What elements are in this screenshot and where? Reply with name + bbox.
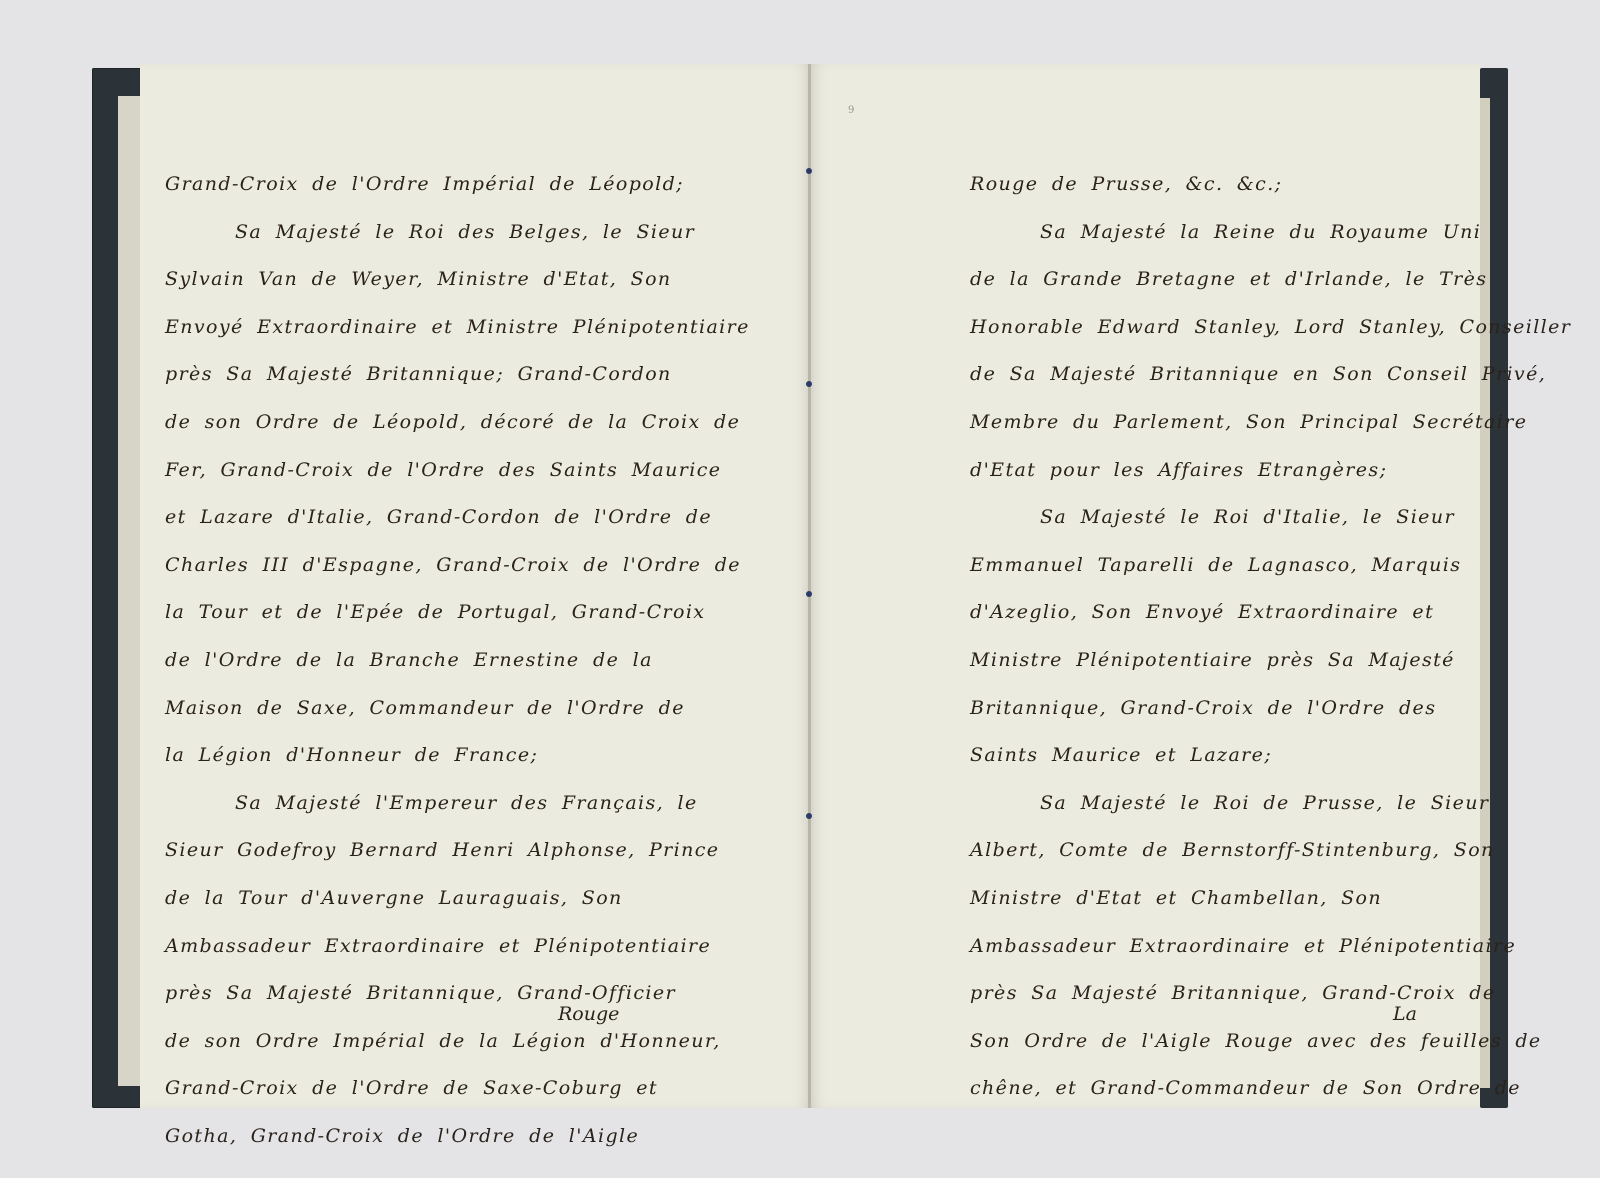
manuscript-line: Gotha, Grand-Croix de l'Ordre de l'Aigle — [165, 1117, 645, 1165]
folio-mark: 9 — [848, 105, 854, 116]
manuscript-line: Sa Majesté le Roi des Belges, le Sieur — [165, 213, 645, 261]
manuscript-line: Albert, Comte de Bernstorff-Stintenburg,… — [970, 831, 1450, 879]
binding-stitch — [806, 168, 812, 174]
catchword-right: La — [1393, 1003, 1417, 1025]
manuscript-line: Sieur Godefroy Bernard Henri Alphonse, P… — [165, 831, 645, 879]
binding-stitch — [806, 813, 812, 819]
manuscript-line: Ministre Plénipotentiaire près Sa Majest… — [970, 641, 1450, 689]
manuscript-line: Fer, Grand-Croix de l'Ordre des Saints M… — [165, 451, 645, 499]
manuscript-line: Ministre d'Etat et Chambellan, Son — [970, 879, 1450, 927]
manuscript-line: Sylvain Van de Weyer, Ministre d'Etat, S… — [165, 260, 645, 308]
manuscript-line: de l'Ordre de la Branche Ernestine de la — [165, 641, 645, 689]
manuscript-line: Sa Majesté le Roi de Prusse, le Sieur — [970, 784, 1450, 832]
right-page-text: Rouge de Prusse, &c. &c.;Sa Majesté la R… — [970, 165, 1450, 1117]
manuscript-line: Sa Majesté la Reine du Royaume Uni — [970, 213, 1450, 261]
manuscript-line: Maison de Saxe, Commandeur de l'Ordre de — [165, 689, 645, 737]
manuscript-line: d'Etat pour les Affaires Etrangères; — [970, 451, 1450, 499]
manuscript-line: Sa Majesté le Roi d'Italie, le Sieur — [970, 498, 1450, 546]
manuscript-line: Membre du Parlement, Son Principal Secré… — [970, 403, 1450, 451]
manuscript-line: et Lazare d'Italie, Grand-Cordon de l'Or… — [165, 498, 645, 546]
manuscript-line: près Sa Majesté Britannique; Grand-Cordo… — [165, 355, 645, 403]
binding-stitch — [806, 381, 812, 387]
manuscript-line: Saints Maurice et Lazare; — [970, 736, 1450, 784]
manuscript-line: Rouge de Prusse, &c. &c.; — [970, 165, 1450, 213]
manuscript-line: d'Azeglio, Son Envoyé Extraordinaire et — [970, 593, 1450, 641]
manuscript-line: de la Tour d'Auvergne Lauraguais, Son — [165, 879, 645, 927]
manuscript-line: la Légion d'Honneur de France; — [165, 736, 645, 784]
manuscript-line: de la Grande Bretagne et d'Irlande, le T… — [970, 260, 1450, 308]
manuscript-line: de Sa Majesté Britannique en Son Conseil… — [970, 355, 1450, 403]
manuscript-line: près Sa Majesté Britannique, Grand-Croix… — [970, 974, 1450, 1022]
manuscript-line: Emmanuel Taparelli de Lagnasco, Marquis — [970, 546, 1450, 594]
manuscript-line: Son Ordre de l'Aigle Rouge avec des feui… — [970, 1022, 1450, 1070]
manuscript-line: de son Ordre de Léopold, décoré de la Cr… — [165, 403, 645, 451]
manuscript-line: Envoyé Extraordinaire et Ministre Plénip… — [165, 308, 645, 356]
binding-stitch — [806, 591, 812, 597]
manuscript-line: de son Ordre Impérial de la Légion d'Hon… — [165, 1022, 645, 1070]
manuscript-line: Charles III d'Espagne, Grand-Croix de l'… — [165, 546, 645, 594]
manuscript-line: Sa Majesté l'Empereur des Français, le — [165, 784, 645, 832]
manuscript-line: Grand-Croix de l'Ordre Impérial de Léopo… — [165, 165, 645, 213]
manuscript-line: la Tour et de l'Epée de Portugal, Grand-… — [165, 593, 645, 641]
manuscript-line: Britannique, Grand-Croix de l'Ordre des — [970, 689, 1450, 737]
catchword-left: Rouge — [558, 1003, 619, 1025]
manuscript-line: Ambassadeur Extraordinaire et Plénipoten… — [165, 927, 645, 975]
binding-gutter — [808, 64, 811, 1108]
manuscript-line: Grand-Croix de l'Ordre de Saxe-Coburg et — [165, 1069, 645, 1117]
manuscript-line: chêne, et Grand-Commandeur de Son Ordre … — [970, 1069, 1450, 1117]
manuscript-line: Honorable Edward Stanley, Lord Stanley, … — [970, 308, 1450, 356]
manuscript-line: Ambassadeur Extraordinaire et Plénipoten… — [970, 927, 1450, 975]
